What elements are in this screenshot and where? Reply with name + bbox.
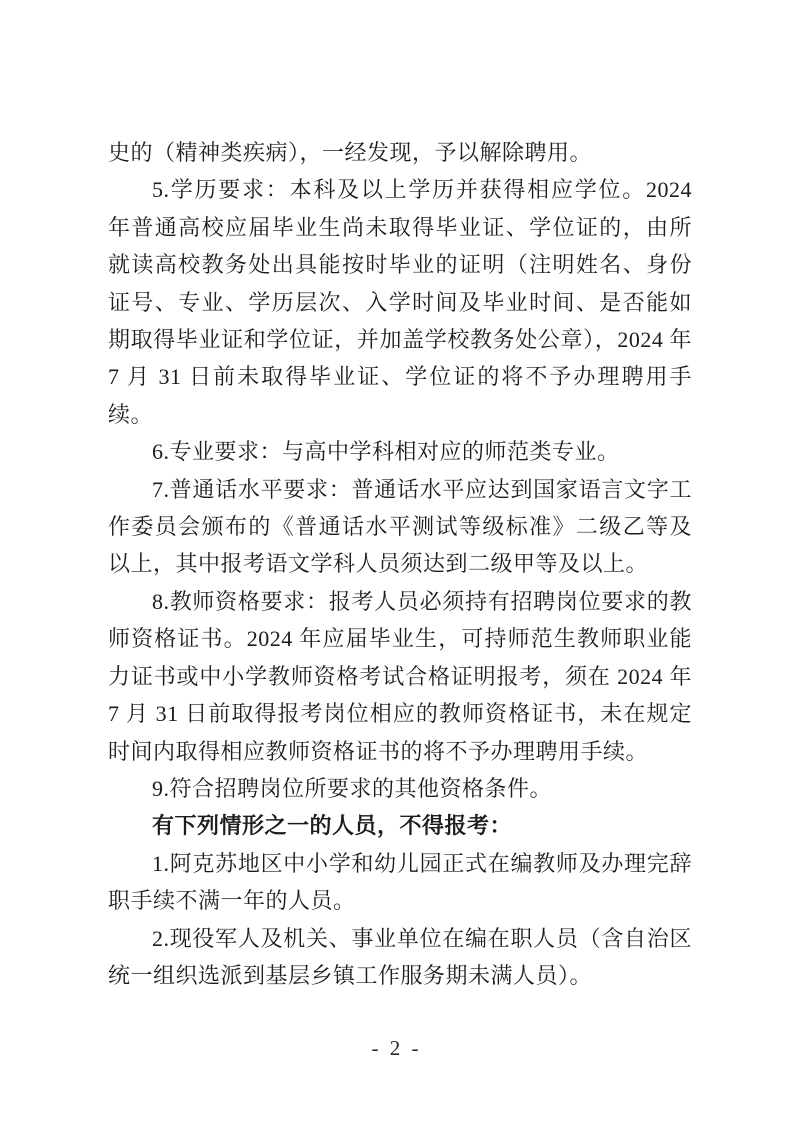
page-number: - 2 -	[372, 1036, 422, 1060]
page-footer: - 2 -	[0, 1036, 793, 1061]
paragraph-item-5-education-requirement: 5.学历要求：本科及以上学历并获得相应学位。2024 年普通高校应届毕业生尚未取…	[108, 171, 692, 433]
paragraph-item-7-putonghua-requirement: 7.普通话水平要求：普通话水平应达到国家语言文字工作委员会颁布的《普通话水平测试…	[108, 471, 692, 583]
paragraph-ineligible-item-2: 2.现役军人及机关、事业单位在编在职人员（含自治区统一组织选派到基层乡镇工作服务…	[108, 920, 692, 995]
document-body: 史的（精神类疾病），一经发现，予以解除聘用。 5.学历要求：本科及以上学历并获得…	[108, 134, 692, 994]
paragraph-item-6-major-requirement: 6.专业要求：与高中学科相对应的师范类专业。	[108, 433, 692, 470]
section-heading-ineligible-persons: 有下列情形之一的人员，不得报考：	[108, 807, 692, 844]
paragraph-ineligible-item-1: 1.阿克苏地区中小学和幼儿园正式在编教师及办理完辞职手续不满一年的人员。	[108, 845, 692, 920]
paragraph-item-8-teacher-certificate-requirement: 8.教师资格要求：报考人员必须持有招聘岗位要求的教师资格证书。2024 年应届毕…	[108, 583, 692, 770]
paragraph-continuation: 史的（精神类疾病），一经发现，予以解除聘用。	[108, 134, 692, 171]
document-page: 史的（精神类疾病），一经发现，予以解除聘用。 5.学历要求：本科及以上学历并获得…	[0, 0, 793, 1122]
paragraph-item-9-other-qualifications: 9.符合招聘岗位所要求的其他资格条件。	[108, 770, 692, 807]
